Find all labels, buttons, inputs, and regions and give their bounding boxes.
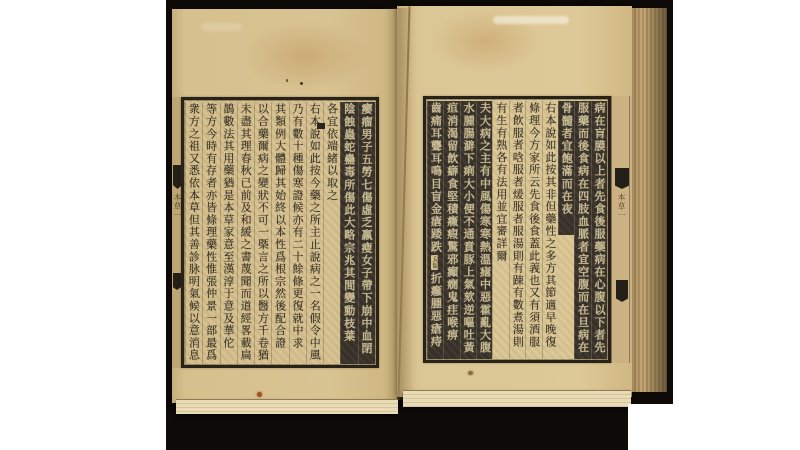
ink-end-mark — [317, 123, 325, 129]
fore-edge-stack — [632, 8, 667, 392]
text-column: 其類例大體歸其始終以本性爲根宗然後配合證 — [271, 102, 288, 364]
foxing-speck — [300, 82, 303, 85]
phonetic-gloss-label: 烏臥 — [431, 255, 438, 270]
page-bottom-edges — [176, 399, 398, 414]
text-column: 有生有熟各有法用並宜審詳爾 — [492, 101, 508, 359]
right-folding-strip: 本草一 — [611, 96, 632, 363]
text-column-with-gloss: 齒痛耳聾耳鳴目盲金瘡踒跌烏臥折癰腫惡瘡痔瘻 — [427, 101, 443, 359]
banxin-title: 本草一 — [617, 193, 626, 220]
fishtail-mark — [173, 273, 181, 290]
text-column: 服藥而後食病在四肢血脈者宜空腹而在旦病在 — [574, 101, 590, 359]
book-photo: 本草一 癭瘤男子五勞七傷虛乏羸瘦女子帶下崩中血閉 陰蝕蟲蛇蠱毒所傷此大略宗兆其間… — [166, 0, 673, 450]
foxing-stain — [257, 392, 262, 397]
text-column: 水腫腸澼下痢大小便不通賁豚上氣欬逆嘔吐黃 — [460, 101, 476, 359]
text-column: 疸消渴留飲癖食堅積癥瘕驚邪癲癇鬼疰喉痹 — [443, 101, 459, 359]
text-column: 右本說如此按今藥之所主止說病之一名假令中風 — [306, 102, 323, 364]
text-column: 右本說如此按其非但藥性之多方其節適早晚復須 — [542, 101, 558, 359]
canvas-corner — [628, 404, 674, 450]
text-column: 等方今時有存者亦皆條理藥性惟張仲景一部最爲 — [202, 102, 219, 364]
text-column: 病在肓膜以上者先食後服藥病在心腹以下者先 — [591, 101, 607, 359]
text-column: 各宜依端緒以取之 — [323, 102, 340, 364]
paper-sheen — [202, 23, 242, 31]
paper-sheen — [493, 16, 569, 24]
text-column: 未盡其理春秋已前及和緩之書蔑聞而道經畧載扁 — [237, 102, 254, 364]
right-page: 病在肓膜以上者先食後服藥病在心腹以下者先 服藥而後食病在四肢血脈者宜空腹而在旦病… — [397, 6, 632, 397]
left-text-block: 癭瘤男子五勞七傷虛乏羸瘦女子帶下崩中血閉 陰蝕蟲蛇蠱毒所傷此大略宗兆其間變動枝葉… — [181, 97, 379, 368]
fold-line — [629, 96, 630, 363]
text-column: 夫大病之主有中風傷寒寒熱溫瘧中惡霍亂大腹 — [476, 101, 492, 359]
fishtail-mark — [615, 168, 629, 189]
text-column: 以合藥爾病之變狀不可一槩言之所以醫方千卷猶 — [254, 102, 271, 364]
text-column: 陰蝕蟲蛇蠱毒所傷此大略宗兆其間變動枝葉 — [340, 102, 357, 364]
text-column: 鵲數法其用藥猶是本草家意至漢淳于意及華佗 — [220, 102, 237, 364]
text-column: 癭瘤男子五勞七傷虛乏羸瘦女子帶下崩中血閉 — [358, 102, 375, 364]
foxing-speck — [286, 79, 288, 82]
text-column: 衆方之祖又悉依本草但其善診脉明氣候以意消息 — [185, 102, 202, 364]
text-column: 骨髓者宜飽滿而在夜 — [558, 101, 574, 359]
foxing-stain — [468, 371, 473, 375]
text-column: 乃有數十種傷寒證候亦有二十餘條更復就中求 — [289, 102, 306, 364]
fishtail-mark — [616, 280, 628, 302]
text-column: 者飲服者唅服者煖服者服湯則有踈有數煮湯則 — [509, 101, 525, 359]
right-text-block: 病在肓膜以上者先食後服藥病在心腹以下者先 服藥而後食病在四肢血脈者宜空腹而在旦病… — [423, 96, 611, 363]
page-bottom-edges — [403, 390, 631, 407]
left-page: 本草一 癭瘤男子五勞七傷虛乏羸瘦女子帶下崩中血閉 陰蝕蟲蛇蠱毒所傷此大略宗兆其間… — [172, 9, 397, 403]
text-column: 條理今方家所云先食後食蓋此義也又有須酒服 — [525, 101, 541, 359]
column-text: 齒痛耳聾耳鳴目盲金瘡踒跌 — [429, 102, 442, 253]
